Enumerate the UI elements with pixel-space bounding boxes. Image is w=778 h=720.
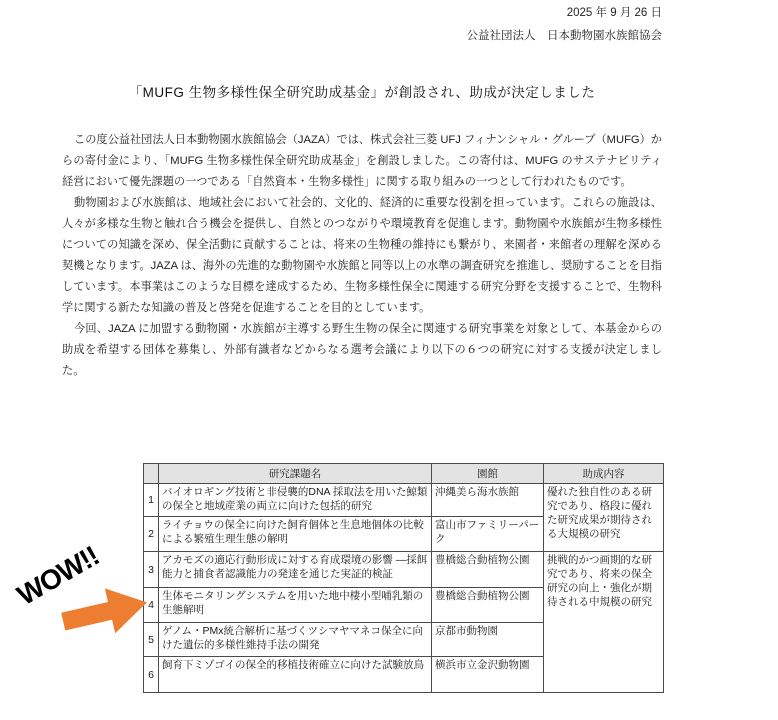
row-institution: 京都市動物園 [432, 623, 544, 657]
organization-name: 公益社団法人 日本動物園水族館協会 [62, 28, 662, 44]
row-number: 3 [144, 552, 159, 588]
row-topic: アカモズの適応行動形成に対する育成環境の影響 ―採餌 能力と捕食者認識能力の発達… [159, 552, 432, 588]
row-number: 4 [144, 588, 159, 623]
paragraph-3: 今回、JAZA に加盟する動物園・水族館が主導する野生生物の保全に関連する研究事… [62, 319, 662, 382]
row-institution: 豊橋総合動植物公園 [432, 552, 544, 588]
document-page: 2025 年 9 月 26 日 公益社団法人 日本動物園水族館協会 「MUFG … [0, 0, 778, 720]
document-title: 「MUFG 生物多様性保全研究助成基金」が創設され、助成が決定しました [62, 81, 662, 101]
row-number: 2 [144, 517, 159, 552]
row-number: 5 [144, 623, 159, 657]
header-number [144, 464, 159, 484]
document-body: この度公益社団法人日本動物園水族館協会（JAZA）では、株式会社三菱 UFJ フ… [62, 130, 662, 382]
arrow-right-icon [58, 579, 153, 645]
row-institution: 豊橋総合動植物公園 [432, 588, 544, 623]
row-topic: ライチョウの保全に向けた飼育個体と生息地個体の比較による繁殖生理生態の解明 [159, 517, 432, 552]
header-institution: 園館 [432, 464, 544, 484]
table-row: 1 バイオロギング技術と非侵襲的DNA 採取法を用いた鯨類の保全と地域産業の両立… [144, 484, 664, 517]
support-cell-large: 優れた独自性のある研究であり、格段に優れた研究成果が期待される大規模の研究 [544, 484, 664, 552]
grant-table: 研究課題名 園館 助成内容 1 バイオロギング技術と非侵襲的DNA 採取法を用い… [143, 463, 664, 693]
document-header: 2025 年 9 月 26 日 公益社団法人 日本動物園水族館協会 [62, 5, 662, 44]
paragraph-2: 動物園および水族館は、地域社会において社会的、文化的、経済的に重要な役割を担って… [62, 193, 662, 319]
row-topic: ゲノム・PMx統合解析に基づくツシマヤマネコ保全に向けた遺伝的多様性維持手法の開… [159, 623, 432, 657]
wow-annotation-text: WOW!! [12, 540, 104, 612]
table-header-row: 研究課題名 園館 助成内容 [144, 464, 664, 484]
row-topic: 生体モニタリングシステムを用いた地中棲小型哺乳類の生態解明 [159, 588, 432, 623]
support-cell-medium: 挑戦的かつ画期的な研究であり、将来の保全研究の向上・強化が期待される中規模の研究 [544, 552, 664, 693]
paragraph-1: この度公益社団法人日本動物園水族館協会（JAZA）では、株式会社三菱 UFJ フ… [62, 130, 662, 193]
header-support: 助成内容 [544, 464, 664, 484]
row-topic: 飼育下ミゾゴイの保全的移植技術確立に向けた試験放鳥 [159, 657, 432, 693]
row-number: 6 [144, 657, 159, 693]
header-topic: 研究課題名 [159, 464, 432, 484]
row-institution: 横浜市立金沢動物園 [432, 657, 544, 693]
row-institution: 富山市ファミリーパーク [432, 517, 544, 552]
row-institution: 沖縄美ら海水族館 [432, 484, 544, 517]
table-row: 3 アカモズの適応行動形成に対する育成環境の影響 ―採餌 能力と捕食者認識能力の… [144, 552, 664, 588]
row-number: 1 [144, 484, 159, 517]
row-topic: バイオロギング技術と非侵襲的DNA 採取法を用いた鯨類の保全と地域産業の両立に向… [159, 484, 432, 517]
document-date: 2025 年 9 月 26 日 [62, 5, 662, 21]
